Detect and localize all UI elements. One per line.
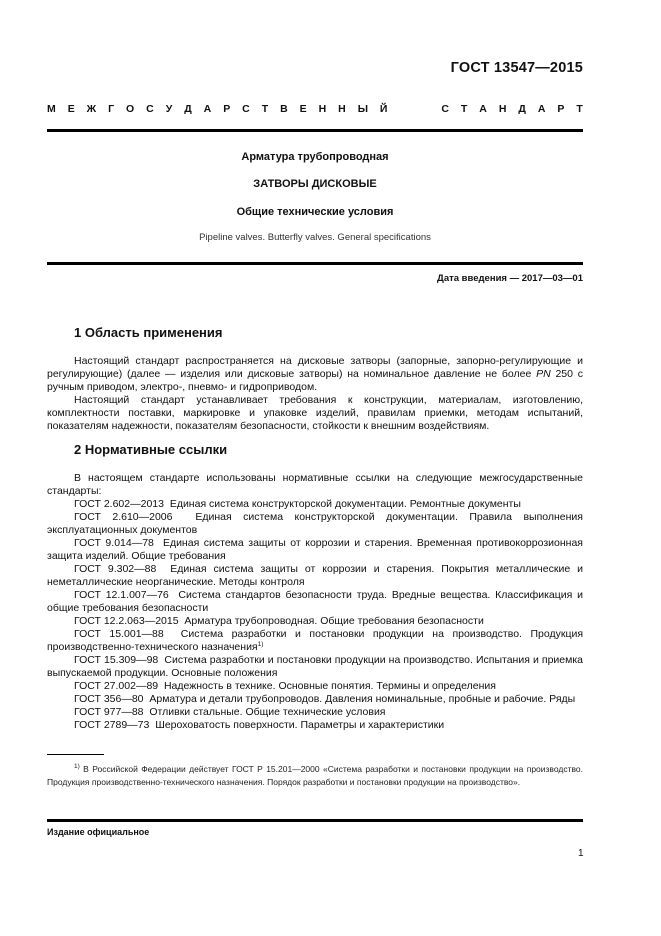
reference-code: ГОСТ 356—80 [74,693,144,705]
reference-code: ГОСТ 15.309—98 [74,654,158,666]
banner-letter: М [47,103,56,115]
reference-title: Арматура и детали трубопроводов. Давлени… [149,693,575,705]
reference-code: ГОСТ 27.002—89 [74,680,158,692]
banner-letter: Ы [358,103,368,115]
header-rule [47,129,583,132]
reference-item: ГОСТ 977—88 Отливки стальные. Общие техн… [47,706,583,719]
banner-letter: В [280,103,288,115]
banner-letter: Н [338,103,346,115]
banner-letter: Т [262,103,268,115]
reference-title: Шероховатость поверхности. Параметры и х… [155,719,444,731]
reference-title: Отливки стальные. Общие технические усло… [149,706,385,718]
banner-letter: С [146,103,154,115]
title-rule [47,262,583,265]
reference-code: ГОСТ 2.602—2013 [74,498,164,510]
page-number: 1 [578,848,584,859]
official-edition-label: Издание официальное [47,827,149,837]
reference-item: ГОСТ 356—80 Арматура и детали трубопрово… [47,693,583,706]
reference-code: ГОСТ 2789—73 [74,719,149,731]
reference-item: ГОСТ 9.014—78 Единая система защиты от к… [47,537,583,563]
title-subtitle: Общие технические условия [47,206,583,218]
title-category: Арматура трубопроводная [47,151,583,163]
banner-letter: А [538,103,546,115]
reference-code: ГОСТ 9.014—78 [74,537,154,549]
banner-letter: У [166,103,173,115]
banner-letter: А [479,103,487,115]
section-2-intro: В настоящем стандарте использованы норма… [47,472,583,498]
banner-letter: Т [576,103,582,115]
reference-code: ГОСТ 15.001—88 [74,628,164,640]
section-1-body: Настоящий стандарт распространяется на д… [47,355,583,433]
reference-item: ГОСТ 9.302—88 Единая система защиты от к… [47,563,583,589]
banner-gap [399,103,429,115]
banner-letter: Г [108,103,114,115]
reference-code: ГОСТ 977—88 [74,706,144,718]
reference-item: ГОСТ 2789—73 Шероховатость поверхности. … [47,719,583,732]
title-english: Pipeline valves. Butterfly valves. Gener… [47,232,583,243]
footnote: 1) В Российской Федерации действует ГОСТ… [47,763,583,789]
reference-title: Арматура трубопроводная. Общие требовани… [184,615,483,627]
banner-letter: Й [380,103,388,115]
reference-item: ГОСТ 2.602—2013 Единая система конструкт… [47,498,583,511]
footnote-separator [47,754,104,755]
title-main: ЗАТВОРЫ ДИСКОВЫЕ [47,178,583,190]
banner-letter: Ж [87,103,97,115]
section-2-heading: 2 Нормативные ссылки [74,442,227,457]
reference-code: ГОСТ 2.610—2006 [74,511,172,523]
banner-letter: О [126,103,134,115]
banner-letter: Р [557,103,564,115]
section-1-paragraph-1: Настоящий стандарт распространяется на д… [47,355,583,394]
introduction-date: Дата введения — 2017—03—01 [437,273,583,284]
reference-code: ГОСТ 12.2.063—2015 [74,615,179,627]
reference-code: ГОСТ 12.1.007—76 [74,589,169,601]
reference-item: ГОСТ 12.1.007—76 Система стандартов безо… [47,589,583,615]
banner-letter: С [242,103,250,115]
reference-item: ГОСТ 15.309—98 Система разработки и пост… [47,654,583,680]
banner-letter: Д [518,103,525,115]
reference-title: Единая система конструкторской документа… [170,498,521,510]
reference-list: ГОСТ 2.602—2013 Единая система конструкт… [47,498,583,732]
section-1-paragraph-2: Настоящий стандарт устанавливает требова… [47,394,583,433]
footnote-reference[interactable]: 1) [258,641,264,648]
section-1-heading: 1 Область применения [74,325,223,340]
banner-letter: Е [300,103,307,115]
footer-rule [47,819,583,822]
banner-letter: С [441,103,449,115]
banner-letter: Т [461,103,467,115]
banner-letter: Н [319,103,327,115]
reference-item: ГОСТ 2.610—2006 Единая система конструкт… [47,511,583,537]
reference-item: ГОСТ 12.2.063—2015 Арматура трубопроводн… [47,615,583,628]
section-2-body: В настоящем стандарте использованы норма… [47,472,583,732]
reference-item: ГОСТ 15.001—88 Система разработки и пост… [47,628,583,654]
reference-item: ГОСТ 27.002—89 Надежность в технике. Осн… [47,680,583,693]
banner-letter: Д [184,103,191,115]
interstate-standard-banner: МЕЖГОСУДАРСТВЕННЫЙСТАНДАРТ [47,103,583,115]
reference-code: ГОСТ 9.302—88 [74,563,156,575]
document-number: ГОСТ 13547—2015 [451,60,583,76]
pn-symbol: PN [536,368,551,380]
banner-letter: Р [223,103,230,115]
banner-letter: Е [68,103,75,115]
banner-letter: А [204,103,212,115]
banner-letter: Н [499,103,507,115]
reference-title: Надежность в технике. Основные понятия. … [164,680,496,692]
